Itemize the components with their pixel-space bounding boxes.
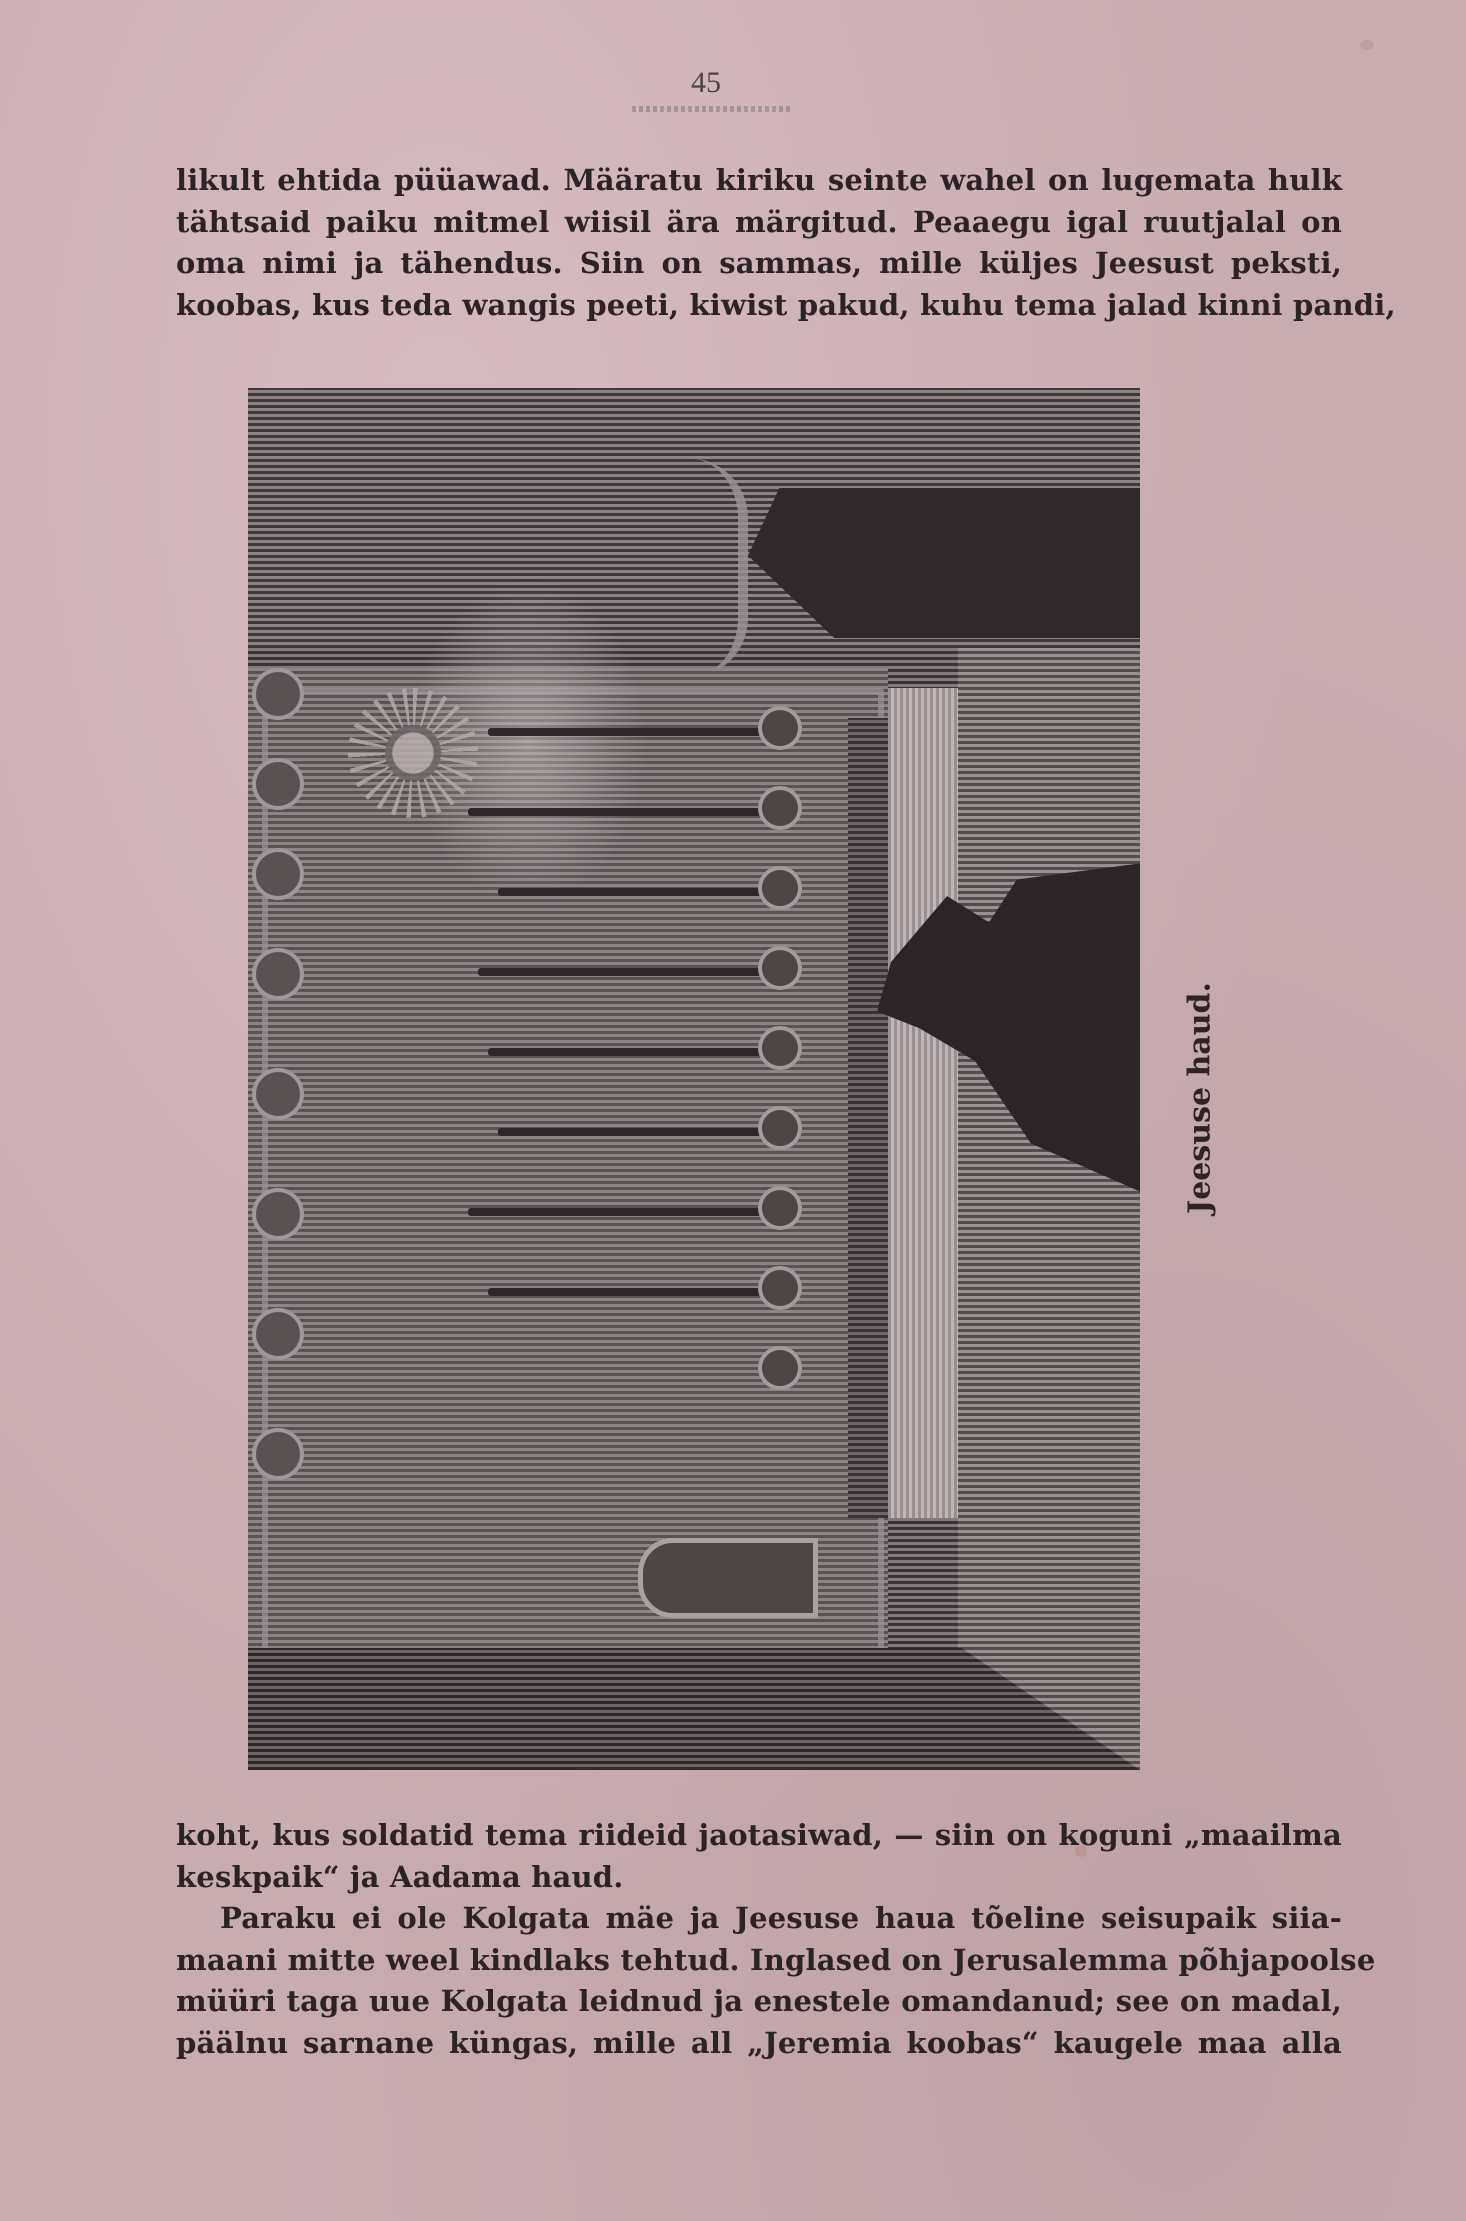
lamp-ornament (252, 1308, 304, 1360)
top-text-block: likult ehtida püüawad. Määratu kiriku se… (176, 160, 1342, 326)
candle-base (758, 706, 802, 750)
text-line: likult ehtida püüawad. Määratu kiriku se… (176, 160, 1342, 202)
lamp-ornament (252, 668, 304, 720)
candle-base (758, 1186, 802, 1230)
text-line: oma nimi ja tähendus. Siin on sammas, mi… (176, 243, 1342, 285)
paper-spot (1360, 40, 1374, 50)
text-line: keskpaik“ ja Aadama haud. (176, 1857, 1342, 1899)
engraving-arch (678, 458, 748, 678)
text-line: koobas, kus teda wangis peeti, kiwist pa… (176, 285, 1342, 327)
tomb-engraving (248, 388, 1140, 1770)
illustration-caption: Jeesuse haud. (1183, 982, 1218, 1214)
bottom-text-block: koht, kus soldatid tema riideid jaotasiw… (176, 1815, 1342, 2064)
engraving-floor (958, 648, 1140, 1770)
text-line: päälnu sarnane küngas, mille all „Jeremi… (176, 2023, 1342, 2065)
candle-base (758, 946, 802, 990)
book-page: 45 likult ehtida püüawad. Määratu kiriku… (0, 0, 1466, 2221)
lamp-ornament (252, 948, 304, 1000)
candle-base (758, 1266, 802, 1310)
candlestick (498, 1128, 788, 1136)
candlestick (498, 888, 788, 896)
header-rule (632, 106, 792, 112)
candlestick (488, 1048, 788, 1056)
lamp-ornament (252, 758, 304, 810)
text-line: tähtsaid paiku mitmel wiisil ära märgitu… (176, 202, 1342, 244)
halo-icon (348, 688, 478, 818)
candlestick (468, 808, 788, 816)
candle-base (758, 1026, 802, 1070)
candlestick (478, 968, 788, 976)
candlestick (488, 728, 788, 736)
candlestick (488, 1288, 788, 1296)
text-line: maani mitte weel kindlaks tehtud. Inglas… (176, 1940, 1342, 1982)
text-line: koht, kus soldatid tema riideid jaotasiw… (176, 1815, 1342, 1857)
page-number: 45 (686, 66, 726, 100)
candle-base (758, 786, 802, 830)
candle-base (758, 866, 802, 910)
lamp-ornament (252, 1068, 304, 1120)
lamp-ornament (252, 1188, 304, 1240)
tomb-slab (888, 688, 958, 1518)
candle-base (758, 1106, 802, 1150)
small-icon-frame (638, 1538, 818, 1618)
text-line: Paraku ei ole Kolgata mäe ja Jeesuse hau… (176, 1898, 1342, 1940)
candlestick (468, 1208, 788, 1216)
lamp-ornament (252, 848, 304, 900)
candle-base (758, 1346, 802, 1390)
text-line: müüri taga uue Kolgata leidnud ja eneste… (176, 1981, 1342, 2023)
lamp-ornament (252, 1428, 304, 1480)
tomb-slab-side (848, 718, 888, 1518)
